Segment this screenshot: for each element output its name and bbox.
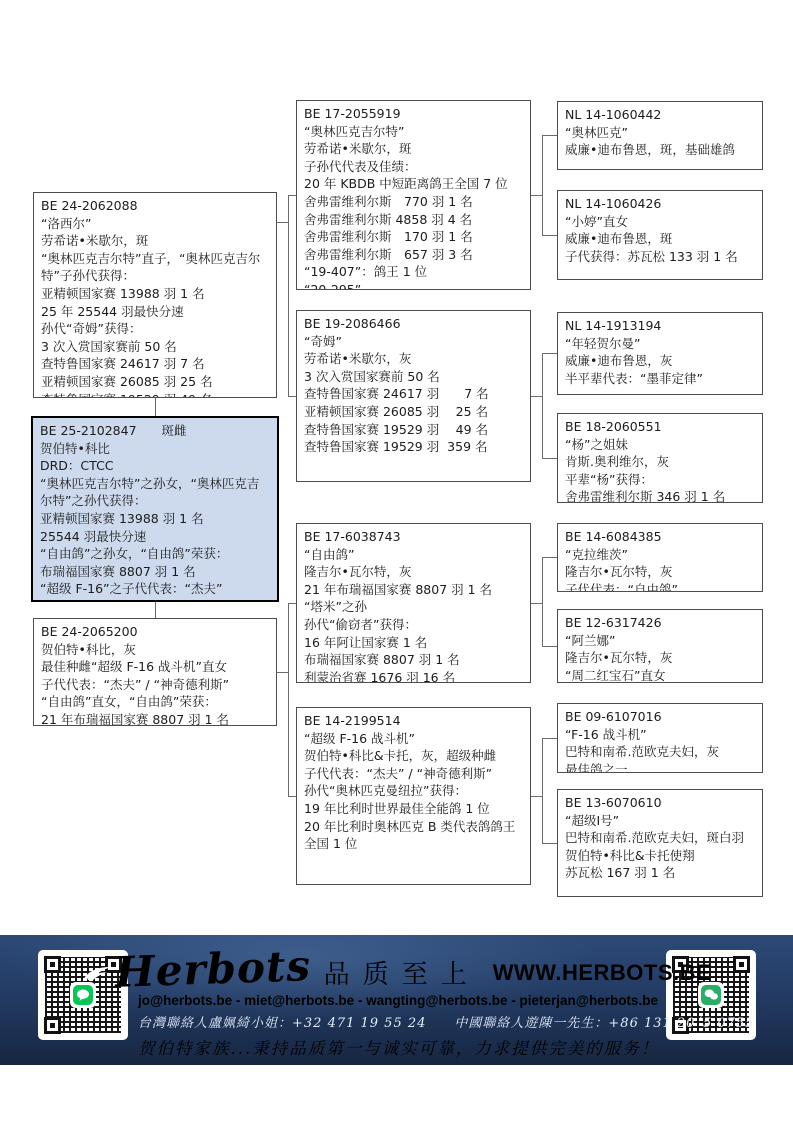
pedigree-text-line: BE 25-2102847 斑雌 [40, 422, 271, 440]
pedigree-box-dam: BE 24-2065200贺伯特•科比，灰最佳种雌“超级 F-16 战斗机”直女… [33, 618, 277, 726]
pedigree-text-line: BE 24-2065200 [41, 623, 270, 641]
pedigree-box-ggp-6: BE 12-6317426“阿兰娜”隆吉尔•瓦尔特，灰“周二红宝石”直女 [557, 609, 763, 683]
pedigree-connector [542, 235, 557, 236]
pedigree-connector [288, 195, 296, 196]
pedigree-text-line: 舍弗雷维利尔斯 770 羽 1 名 [304, 193, 524, 211]
pedigree-text-line: 查特鲁国家赛 19529 羽 359 名 [304, 438, 524, 456]
pedigree-text-line: BE 13-6070610 [565, 794, 756, 812]
pedigree-text-line: “超级 F-16 战斗机” [304, 730, 524, 748]
pedigree-text-line: 亚精顿国家赛 13988 羽 1 名 [41, 285, 270, 303]
pedigree-text-line: 亚精顿国家赛 13988 羽 1 名 [40, 510, 271, 528]
wing-icon [83, 963, 114, 982]
pedigree-text-line: 隆吉尔•瓦尔特，灰 [565, 649, 756, 667]
pedigree-box-ggp-3: NL 14-1913194“年轻贺尔曼”威廉•迪布鲁恩，灰半平辈代表：“墨菲定律… [557, 312, 763, 395]
pedigree-connector [288, 195, 289, 396]
qr-finder-icon [44, 956, 61, 973]
pedigree-text-line: 舍弗雷维利尔斯 346 羽 1 名 [565, 488, 756, 503]
pedigree-text-line: 苏瓦松 167 羽 1 名 [565, 864, 756, 882]
pedigree-text-line: “小婷”直女 [565, 213, 756, 231]
pedigree-text-line: NL 14-1060426 [565, 195, 756, 213]
pedigree-connector [531, 603, 542, 604]
pedigree-text-line: 巴特和南希.范欧克夫妇，斑白羽 [565, 829, 756, 847]
pedigree-connector [542, 646, 557, 647]
pedigree-page: BE 24-2062088“洛西尔”劳希诺•米歇尔，斑“奥林匹克吉尔特”直子，“… [0, 0, 793, 1122]
pedigree-text-line: 查特鲁国家赛 19529 羽 49 名 [41, 391, 270, 398]
pedigree-text-line: 查特鲁国家赛 24617 羽 7 名 [41, 355, 270, 373]
pedigree-text-line: 亚精顿国家赛 26085 羽 25 名 [304, 403, 524, 421]
pedigree-text-line: 威廉•迪布鲁恩，斑，基础雄鸽 [565, 141, 756, 159]
pedigree-text-line: BE 17-6038743 [304, 528, 524, 546]
pedigree-box-ggp-1: NL 14-1060442“奥林匹克”威廉•迪布鲁恩，斑，基础雄鸽 [557, 101, 763, 170]
pedigree-text-line: BE 24-2062088 [41, 197, 270, 215]
pedigree-text-line: “F-16 战斗机” [565, 726, 756, 744]
pedigree-text-line: 劳希诺•米歇尔，斑 [304, 140, 524, 158]
pedigree-connector [542, 557, 557, 558]
pedigree-text-line: 子代代表：“自由鸽” [565, 581, 756, 592]
pedigree-text-line: 子代获得：苏瓦松 133 羽 1 名 [565, 248, 756, 266]
pedigree-text-line: 子代代表：“杰夫” / “神奇德利斯” [304, 765, 524, 783]
brand-name: Herbots [114, 941, 312, 997]
pedigree-connector [288, 796, 296, 797]
pedigree-text-line: “自由鸽” [304, 546, 524, 564]
pedigree-text-line: 孙代“偷窃者”获得： [304, 616, 524, 634]
pedigree-connector [288, 603, 296, 604]
pedigree-text-line: “自由鸽”之孙女，“自由鸽”荣获： [40, 545, 271, 563]
pedigree-text-line: 劳希诺•米歇尔，灰 [304, 350, 524, 368]
pedigree-text-line: 威廉•迪布鲁恩，斑 [565, 230, 756, 248]
pedigree-text-line: 3 次入赏国家赛前 50 名 [304, 368, 524, 386]
pedigree-text-line: 威廉•迪布鲁恩，灰 [565, 352, 756, 370]
pedigree-text-line: “杨”之姐妹 [565, 436, 756, 454]
pedigree-text-line: 最佳鸽之一 [565, 761, 756, 773]
qr-finder-icon [44, 1017, 61, 1034]
pedigree-connector [155, 602, 156, 618]
pedigree-text-line: 20 年 KBDB 中短距离鸽王全国 7 位 [304, 175, 524, 193]
footer-website: WWW.HERBOTS.BE [493, 952, 711, 986]
pedigree-box-sire-sire: BE 17-2055919“奥林匹克吉尔特”劳希诺•米歇尔，斑子孙代代表及佳绩：… [296, 100, 531, 290]
pedigree-box-ggp-5: BE 14-6084385“克拉维茨”隆吉尔•瓦尔特，灰子代代表：“自由鸽” [557, 523, 763, 592]
pedigree-text-line: BE 14-6084385 [565, 528, 756, 546]
pedigree-text-line: 16 年阿让国家赛 1 名 [304, 634, 524, 652]
pedigree-text-line: 查特鲁国家赛 24617 羽 7 名 [304, 385, 524, 403]
pedigree-text-line: 19 年比利时世界最佳全能鸽 1 位 [304, 800, 524, 818]
pedigree-text-line: 布瑞福国家赛 8807 羽 1 名 [40, 563, 271, 581]
pedigree-text-line: “年轻贺尔曼” [565, 335, 756, 353]
pedigree-text-line: 查特鲁国家赛 19529 羽 49 名 [304, 421, 524, 439]
pedigree-text-line: 子代代表：“杰夫” / “神奇德利斯” [41, 676, 270, 694]
pedigree-connector [277, 672, 288, 673]
pedigree-text-line: 20 年比利时奥林匹克 B 类代表鸽鸽王全国 1 位 [304, 818, 524, 853]
pedigree-connector [288, 396, 296, 397]
pedigree-text-line: 21 年布瑞福国家赛 8807 羽 1 名 [304, 581, 524, 599]
pedigree-box-ggp-7: BE 09-6107016“F-16 战斗机”巴特和南希.范欧克夫妇，灰最佳鸽之… [557, 703, 763, 773]
pedigree-text-line: “奥林匹克吉尔特”直子，“奥林匹克吉尔特”子孙代获得： [41, 250, 270, 285]
pedigree-text-line: 隆吉尔•瓦尔特，灰 [304, 563, 524, 581]
pedigree-text-line: BE 14-2199514 [304, 712, 524, 730]
pedigree-text-line: “超级Ⅰ号” [565, 812, 756, 830]
brand-row: Herbots 品质至上 WWW.HERBOTS.BE [138, 946, 656, 992]
pedigree-connector [542, 353, 557, 354]
pedigree-text-line: NL 14-1913194 [565, 317, 756, 335]
pedigree-connector [531, 195, 542, 196]
pedigree-text-line: “19-407”：鸽王 1 位 [304, 263, 524, 281]
pedigree-text-line: 贺伯特•科比 [40, 440, 271, 458]
pedigree-box-ggp-4: BE 18-2060551“杨”之姐妹肯斯.奥利维尔，灰平辈“杨”获得：舍弗雷维… [557, 413, 763, 503]
herbots-logo: Herbots [82, 941, 312, 998]
pedigree-text-line: 子孙代代表及佳绩： [304, 158, 524, 176]
pedigree-text-line: 布瑞福国家赛 8807 羽 1 名 [304, 651, 524, 669]
pedigree-text-line: BE 12-6317426 [565, 614, 756, 632]
pedigree-text-line: “周二红宝石”直女 [565, 667, 756, 683]
pedigree-box-ggp-2: NL 14-1060426“小婷”直女威廉•迪布鲁恩，斑子代获得：苏瓦松 133… [557, 190, 763, 280]
pedigree-text-line: 孙代“奥林匹克曼纽拉”获得： [304, 782, 524, 800]
pedigree-box-ggp-8: BE 13-6070610“超级Ⅰ号”巴特和南希.范欧克夫妇，斑白羽贺伯特•科比… [557, 789, 763, 897]
pedigree-text-line: 隆吉尔•瓦尔特，灰 [565, 563, 756, 581]
pedigree-text-line: 21 年布瑞福国家赛 8807 羽 1 名 [41, 711, 270, 726]
pedigree-text-line: 巴特和南希.范欧克夫妇，灰 [565, 743, 756, 761]
pedigree-text-line: BE 18-2060551 [565, 418, 756, 436]
pedigree-text-line: 平辈“杨”获得： [565, 471, 756, 489]
pedigree-text-line: BE 09-6107016 [565, 708, 756, 726]
pedigree-connector [531, 396, 542, 397]
pedigree-text-line: 利蒙治省赛 1676 羽 16 名 [304, 669, 524, 683]
pedigree-text-line: 亚精顿国家赛 26085 羽 25 名 [41, 373, 270, 391]
pedigree-text-line: 贺伯特•科比&卡托，灰，超级种雌 [304, 747, 524, 765]
footer-emails: jo@herbots.be - miet@herbots.be - wangti… [138, 993, 656, 1008]
pedigree-text-line: 贺伯特•科比&卡托使翔 [565, 847, 756, 865]
pedigree-text-line: 25544 羽最快分速 [40, 528, 271, 546]
pedigree-connector [542, 135, 557, 136]
pedigree-text-line: 舍弗雷维利尔斯 657 羽 3 名 [304, 246, 524, 264]
pedigree-text-line: BE 17-2055919 [304, 105, 524, 123]
pedigree-connector [155, 398, 156, 416]
pedigree-text-line: “奥林匹克吉尔特”之孙女，“奥林匹克吉尔特”之孙代获得： [40, 475, 271, 510]
pedigree-text-line: “20-295” [304, 281, 524, 290]
pedigree-box-dam-dam: BE 14-2199514“超级 F-16 战斗机”贺伯特•科比&卡托，灰，超级… [296, 707, 531, 885]
pedigree-text-line: 舍弗雷维利尔斯 170 羽 1 名 [304, 228, 524, 246]
pedigree-text-line: 贺伯特•科比，灰 [41, 641, 270, 659]
pedigree-box-dam-sire: BE 17-6038743“自由鸽”隆吉尔•瓦尔特，灰21 年布瑞福国家赛 88… [296, 523, 531, 683]
pedigree-connector [542, 843, 557, 844]
pedigree-text-line: 最佳种雌“超级 F-16 战斗机”直女 [41, 658, 270, 676]
pedigree-text-line: “克拉维茨” [565, 546, 756, 564]
pedigree-connector [288, 603, 289, 796]
pedigree-text-line: “奥林匹克吉尔特” [304, 123, 524, 141]
pedigree-box-sire-dam: BE 19-2086466“奇姆”劳希诺•米歇尔，灰3 次入赏国家赛前 50 名… [296, 310, 531, 482]
qr-finder-icon [733, 956, 750, 973]
pedigree-text-line: “洛西尔” [41, 215, 270, 233]
pedigree-text-line: 25 年 25544 羽最快分速 [41, 303, 270, 321]
pedigree-text-line: “阿兰娜” [565, 632, 756, 650]
footer-slogan-cn: 品质至上 [324, 948, 480, 991]
pedigree-connector [277, 222, 288, 223]
footer-contacts: 台灣聯絡人盧姵綺小姐：+32 471 19 55 24 中國聯絡人遊陳一先生：+… [138, 1012, 656, 1031]
pedigree-connector [542, 738, 557, 739]
pedigree-connector [542, 458, 557, 459]
pedigree-text-line: “奇姆” [304, 333, 524, 351]
pedigree-text-line: 舍弗雷维利尔斯 4858 羽 4 名 [304, 211, 524, 229]
pedigree-connector [542, 353, 543, 458]
pedigree-text-line: 半平辈代表：“墨菲定律” [565, 370, 756, 388]
pedigree-connector [531, 796, 542, 797]
footer-content: Herbots 品质至上 WWW.HERBOTS.BE jo@herbots.b… [138, 946, 656, 1059]
pedigree-text-line: “塔米”之孙 [304, 598, 524, 616]
pedigree-text-line: NL 14-1060442 [565, 106, 756, 124]
pedigree-text-line: 孙代“奇姆”获得： [41, 320, 270, 338]
pedigree-text-line: 劳希诺•米歇尔，斑 [41, 232, 270, 250]
pedigree-text-line: DRD：CTCC [40, 457, 271, 475]
pedigree-text-line: 3 次入赏国家赛前 50 名 [41, 338, 270, 356]
pedigree-box-subject: BE 25-2102847 斑雌贺伯特•科比DRD：CTCC“奥林匹克吉尔特”之… [31, 416, 279, 602]
pedigree-text-line: “自由鸽”直女，“自由鸽”荣获： [41, 693, 270, 711]
pedigree-box-sire: BE 24-2062088“洛西尔”劳希诺•米歇尔，斑“奥林匹克吉尔特”直子，“… [33, 192, 277, 398]
pedigree-connector [542, 738, 543, 843]
pedigree-connector [542, 135, 543, 235]
pedigree-text-line: “奥林匹克” [565, 124, 756, 142]
pedigree-connector [542, 557, 543, 646]
footer-tagline: 贺伯特家族...秉持品质第一与诚实可靠，力求提供完美的服务！ [138, 1035, 656, 1059]
pedigree-text-line: BE 19-2086466 [304, 315, 524, 333]
pedigree-text-line: “超级 F-16”之子代代表：“杰夫” [40, 580, 271, 598]
pedigree-text-line: 肯斯.奥利维尔，灰 [565, 453, 756, 471]
